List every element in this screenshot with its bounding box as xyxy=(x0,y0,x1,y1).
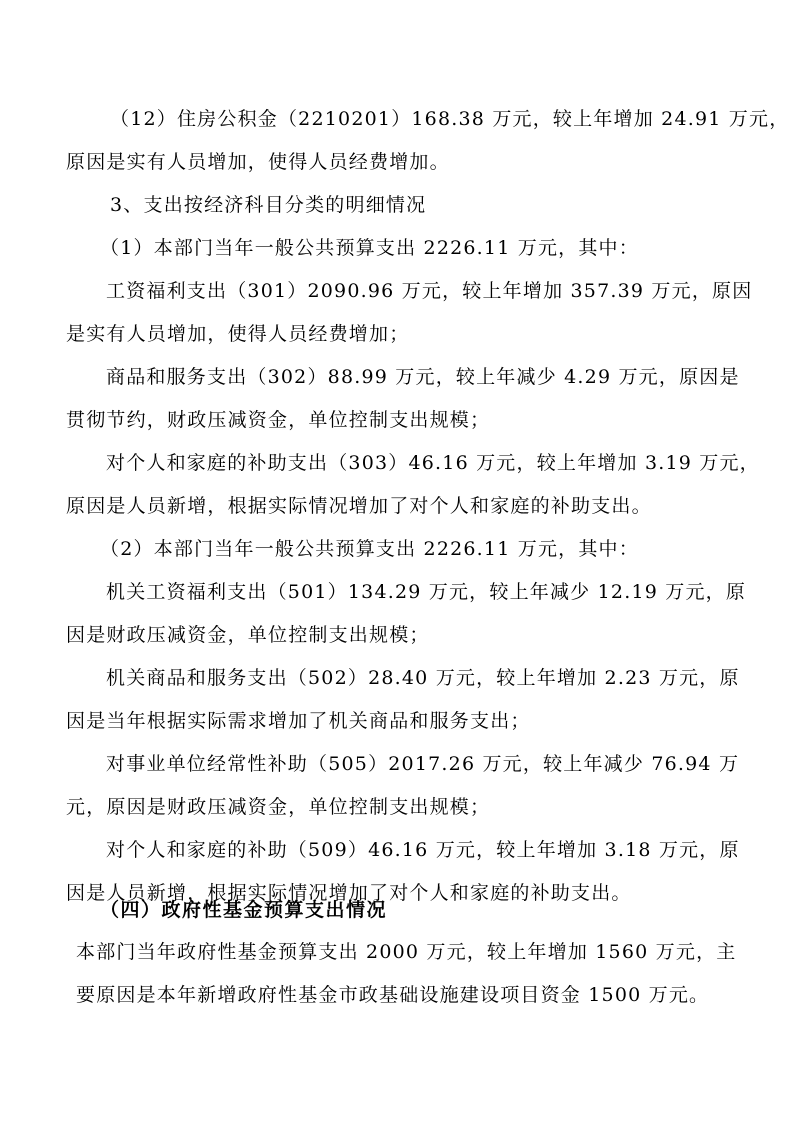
item-302-line-2: 贯彻节约，财政压减资金，单位控制支出规模； xyxy=(66,408,490,432)
section-3-title: 3、支出按经济科目分类的明细情况 xyxy=(110,193,426,217)
item-301-line-2: 是实有人员增加，使得人员经费增加； xyxy=(66,322,409,346)
item-303-line-2: 原因是人员新增，根据实际情况增加了对个人和家庭的补助支出。 xyxy=(66,494,652,518)
sub-1-intro: （1）本部门当年一般公共预算支出 2226.11 万元，其中： xyxy=(100,236,639,260)
document-page: （12）住房公积金（2210201）168.38 万元，较上年增加 24.91 … xyxy=(0,0,793,1122)
item-502-line-1: 机关商品和服务支出（502）28.40 万元，较上年增加 2.23 万元，原 xyxy=(106,666,740,690)
section-4-heading: （四）政府性基金预算支出情况 xyxy=(100,898,387,922)
item-509-line-1: 对个人和家庭的补助（509）46.16 万元，较上年增加 3.18 万元，原 xyxy=(106,838,740,862)
item-505-line-1: 对事业单位经常性补助（505）2017.26 万元，较上年减少 76.94 万 xyxy=(106,752,739,776)
item-303-line-1: 对个人和家庭的补助支出（303）46.16 万元，较上年增加 3.19 万元， xyxy=(106,451,760,475)
item-302-line-1: 商品和服务支出（302）88.99 万元，较上年减少 4.29 万元，原因是 xyxy=(106,365,740,389)
paragraph-housing-fund-line-1: （12）住房公积金（2210201）168.38 万元，较上年增加 24.91 … xyxy=(110,107,789,131)
item-501-line-1: 机关工资福利支出（501）134.29 万元，较上年减少 12.19 万元，原 xyxy=(106,580,746,604)
gov-fund-line-2: 要原因是本年新增政府性基金市政基础设施建设项目资金 1500 万元。 xyxy=(76,983,709,1007)
sub-2-intro: （2）本部门当年一般公共预算支出 2226.11 万元，其中： xyxy=(100,537,639,561)
item-505-line-2: 元，原因是财政压减资金，单位控制支出规模； xyxy=(66,795,490,819)
paragraph-housing-fund-line-2: 原因是实有人员增加，使得人员经费增加。 xyxy=(66,150,450,174)
gov-fund-line-1: 本部门当年政府性基金预算支出 2000 万元，较上年增加 1560 万元，主 xyxy=(76,940,736,964)
item-501-line-2: 因是财政压减资金，单位控制支出规模； xyxy=(66,623,430,647)
item-301-line-1: 工资福利支出（301）2090.96 万元，较上年增加 357.39 万元，原因 xyxy=(106,279,752,303)
item-502-line-2: 因是当年根据实际需求增加了机关商品和服务支出； xyxy=(66,709,531,733)
